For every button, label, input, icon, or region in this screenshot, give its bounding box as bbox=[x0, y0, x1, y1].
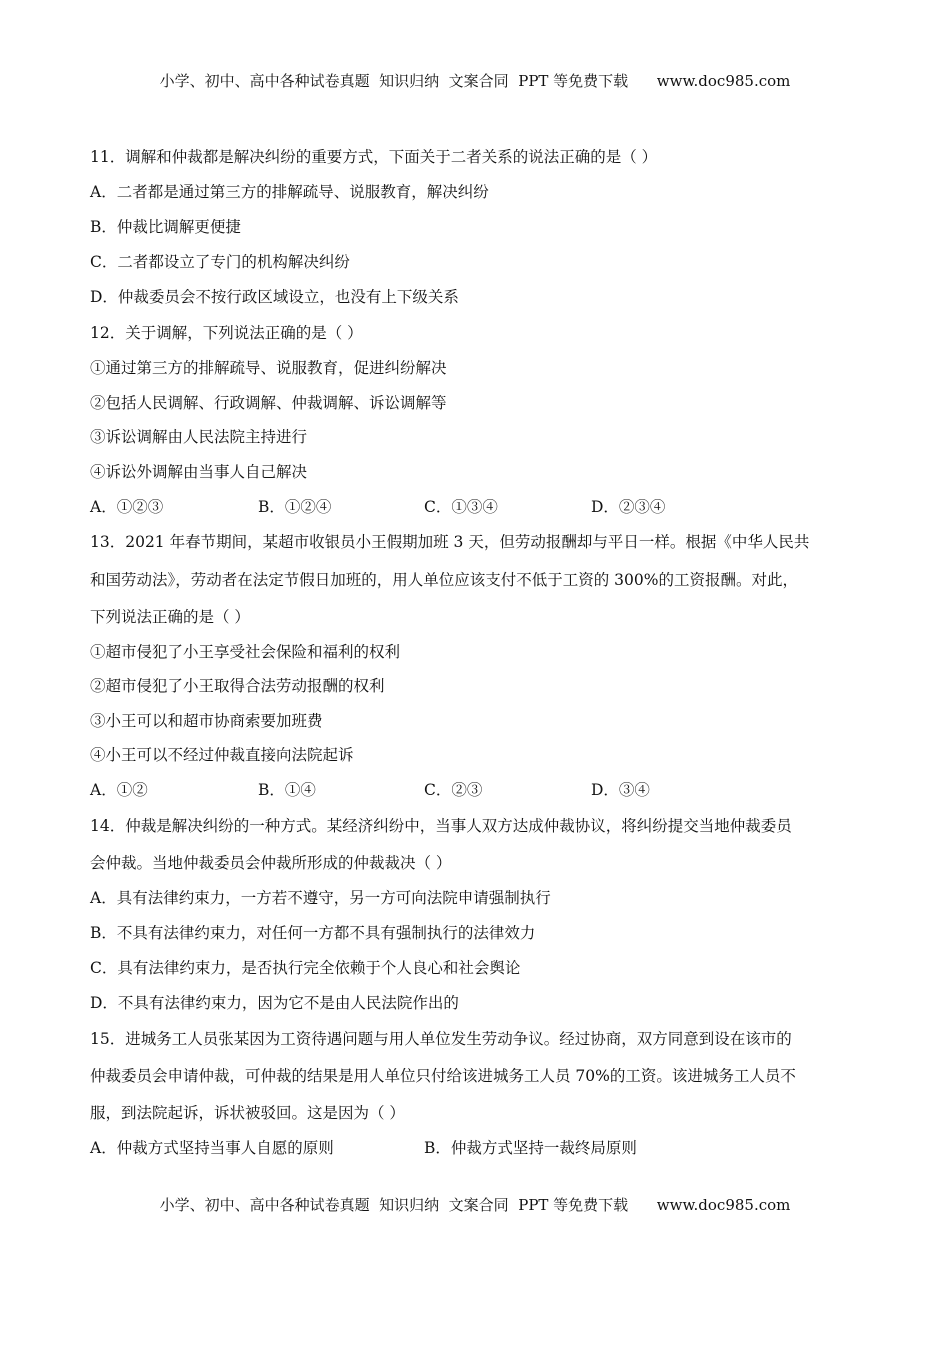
page-footer-banner: 小学、初中、高中各种试卷真题 知识归纳 文案合同 PPT 等免费下载 www.d… bbox=[0, 1194, 950, 1215]
question-11-stem: 11．调解和仲裁都是解决纠纷的重要方式，下面关于二者关系的说法正确的是（ ） bbox=[90, 147, 657, 167]
question-12-statement-4: ④诉讼外调解由当事人自己解决 bbox=[90, 462, 307, 482]
question-15-stem-line-1: 15．进城务工人员张某因为工资待遇问题与用人单位发生劳动争议。经过协商，双方同意… bbox=[90, 1029, 792, 1049]
question-12-option-a: A．①②③ bbox=[90, 497, 163, 517]
question-15-stem-line-3: 服，到法院起诉，诉状被驳回。这是因为（ ） bbox=[90, 1103, 405, 1123]
question-14-stem-line-2: 会仲裁。当地仲裁委员会仲裁所形成的仲裁裁决（ ） bbox=[90, 853, 451, 873]
question-12-option-c: C．①③④ bbox=[424, 497, 498, 517]
question-13-statement-3: ③小王可以和超市协商索要加班费 bbox=[90, 711, 323, 731]
question-15-option-b: B．仲裁方式坚持一裁终局原则 bbox=[424, 1138, 637, 1158]
question-13-statement-1: ①超市侵犯了小王享受社会保险和福利的权利 bbox=[90, 642, 400, 662]
question-13-stem-line-2: 和国劳动法》，劳动者在法定节假日加班的，用人单位应该支付不低于工资的 300%的… bbox=[90, 570, 798, 590]
question-14-stem-line-1: 14．仲裁是解决纠纷的一种方式。某经济纠纷中，当事人双方达成仲裁协议，将纠纷提交… bbox=[90, 816, 792, 836]
question-11-option-d: D．仲裁委员会不按行政区域设立，也没有上下级关系 bbox=[90, 287, 459, 307]
question-14-option-b: B．不具有法律约束力，对任何一方都不具有强制执行的法律效力 bbox=[90, 923, 535, 943]
question-13-statement-2: ②超市侵犯了小王取得合法劳动报酬的权利 bbox=[90, 676, 385, 696]
question-14-option-d: D．不具有法律约束力，因为它不是由人民法院作出的 bbox=[90, 993, 459, 1013]
question-14-option-a: A．具有法律约束力，一方若不遵守，另一方可向法院申请强制执行 bbox=[90, 888, 551, 908]
question-12-statement-2: ②包括人民调解、行政调解、仲裁调解、诉讼调解等 bbox=[90, 393, 447, 413]
question-13-stem-line-1: 13．2021 年春节期间，某超市收银员小王假期加班 3 天，但劳动报酬却与平日… bbox=[90, 532, 809, 552]
question-12-option-b: B．①②④ bbox=[258, 497, 331, 517]
question-12-option-d: D．②③④ bbox=[591, 497, 665, 517]
question-11-option-c: C．二者都设立了专门的机构解决纠纷 bbox=[90, 252, 350, 272]
question-14-option-c: C．具有法律约束力，是否执行完全依赖于个人良心和社会舆论 bbox=[90, 958, 520, 978]
question-12-stem: 12．关于调解，下列说法正确的是（ ） bbox=[90, 323, 363, 343]
question-11-option-b: B．仲裁比调解更便捷 bbox=[90, 217, 241, 237]
question-13-option-d: D．③④ bbox=[591, 780, 650, 800]
question-15-stem-line-2: 仲裁委员会申请仲裁，可仲裁的结果是用人单位只付给该进城务工人员 70%的工资。该… bbox=[90, 1066, 796, 1086]
question-15-option-a: A．仲裁方式坚持当事人自愿的原则 bbox=[90, 1138, 334, 1158]
question-11-option-a: A．二者都是通过第三方的排解疏导、说服教育，解决纠纷 bbox=[90, 182, 489, 202]
question-13-option-b: B．①④ bbox=[258, 780, 316, 800]
question-12-statement-1: ①通过第三方的排解疏导、说服教育，促进纠纷解决 bbox=[90, 358, 447, 378]
question-13-option-a: A．①② bbox=[90, 780, 148, 800]
question-13-stem-line-3: 下列说法正确的是（ ） bbox=[90, 607, 250, 627]
page-header-banner: 小学、初中、高中各种试卷真题 知识归纳 文案合同 PPT 等免费下载 www.d… bbox=[0, 70, 950, 91]
question-13-statement-4: ④小王可以不经过仲裁直接向法院起诉 bbox=[90, 745, 354, 765]
question-12-statement-3: ③诉讼调解由人民法院主持进行 bbox=[90, 427, 307, 447]
question-13-option-c: C．②③ bbox=[424, 780, 482, 800]
